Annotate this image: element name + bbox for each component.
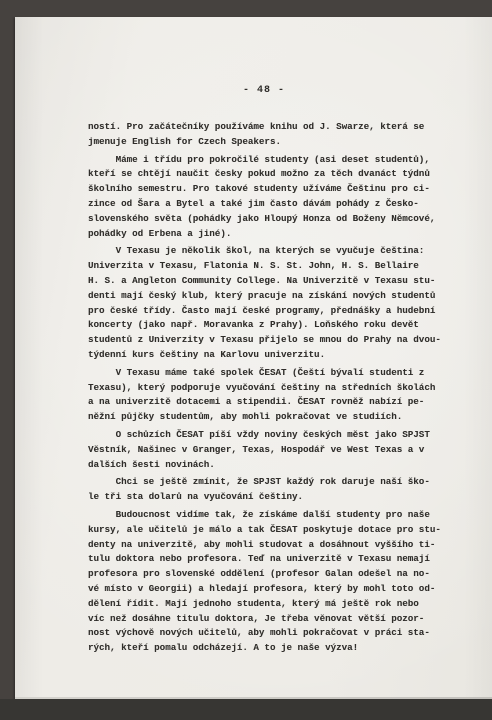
text-block: ností. Pro začátečníky používáme knihu o… <box>88 120 444 659</box>
page-number: - 48 - <box>88 85 440 96</box>
paragraph: O schůzích ČESAT píší vždy noviny českýc… <box>88 428 444 472</box>
paragraph: Máme i třídu pro pokročilé studenty (asi… <box>88 153 444 242</box>
document-page: - 48 - ností. Pro začátečníky používáme … <box>15 17 492 699</box>
paragraph: V Texasu máme také spolek ČESAT (Čeští b… <box>88 366 444 425</box>
backdrop-bottom-band <box>0 699 492 720</box>
paragraph: ností. Pro začátečníky používáme knihu o… <box>88 120 444 150</box>
paragraph: Chci se ještě zmínit, že SPJST každý rok… <box>88 475 444 505</box>
paragraph: Budoucnost vidíme tak, že získáme další … <box>88 508 444 656</box>
photo-backdrop: - 48 - ností. Pro začátečníky používáme … <box>0 0 492 720</box>
paragraph: V Texasu je několik škol, na kterých se … <box>88 244 444 362</box>
